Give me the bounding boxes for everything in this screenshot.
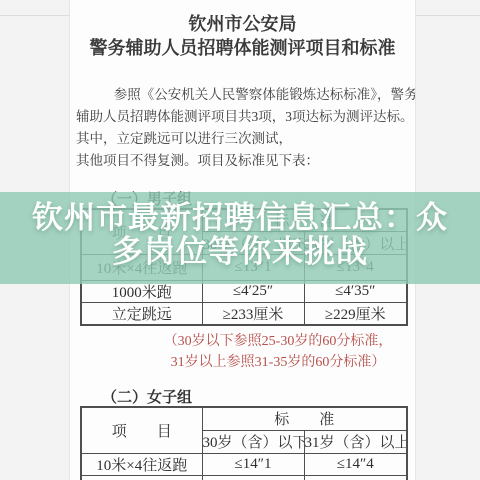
table-row-partial — [81, 475, 407, 480]
table-cell: ≤14″4 — [304, 453, 407, 475]
table-cell-partial — [304, 475, 407, 480]
womens-standards-table: 项 目 标 准 30岁（含）以下 31岁（含）以上 10米×4往返跑 ≤14″1… — [80, 406, 408, 480]
paragraph-line: 参照《公安机关人民警察体能锻炼达标标准》，警务 — [76, 84, 411, 106]
table-row: 项 目 标 准 — [81, 407, 407, 430]
table-header-cell: 31岁（含）以上 — [304, 430, 407, 453]
table-cell: ≥233厘米 — [202, 303, 304, 326]
promo-banner[interactable]: 钦州市最新招聘信息汇总：众 多岗位等你来挑战 — [0, 192, 480, 284]
table-cell-partial — [202, 475, 304, 480]
age-standard-note-line2: 31岁以上参照31-35岁的60分标准） — [142, 352, 414, 373]
table-cell: 立定跳远 — [81, 303, 202, 326]
article-screenshot: 钦州市公安局 警务辅助人员招聘体能测评项目和标准 参照《公安机关人民警察体能锻炼… — [0, 0, 480, 480]
table-cell-partial — [81, 475, 202, 480]
table-cell: ≥229厘米 — [304, 303, 407, 326]
table-header-cell: 标 准 — [202, 407, 407, 430]
womens-group-label: （二）女子组 — [102, 390, 192, 406]
age-standard-note: （30岁以下参照25-30岁的60分标准， 31岁以上参照31-35岁的60分标… — [142, 331, 414, 373]
table-cell: ≤14″1 — [202, 453, 304, 475]
document-title-line2: 警务辅助人员招聘体能测评项目和标准 — [70, 36, 415, 60]
age-standard-note-line1: （30岁以下参照25-30岁的60分标准， — [142, 331, 414, 352]
promo-banner-text-line2: 多岗位等你来挑战 — [0, 235, 480, 269]
table-header-cell: 30岁（含）以下 — [202, 430, 304, 453]
promo-banner-text-line1: 钦州市最新招聘信息汇总：众 — [0, 201, 480, 235]
table-header-cell: 项 目 — [81, 407, 202, 453]
table-row: 立定跳远 ≥233厘米 ≥229厘米 — [81, 303, 407, 326]
paragraph-line: 其他项目不得复测。项目及标准见下表： — [76, 150, 411, 172]
paragraph-line: 辅助人员招聘体能测评项目共3项，3项达标为测评达标。 — [76, 106, 411, 128]
paragraph-line: 其中，立定跳远可以进行三次测试， — [76, 128, 411, 150]
table-cell: 10米×4往返跑 — [81, 453, 202, 475]
document-title-line1: 钦州市公安局 — [70, 12, 415, 36]
intro-paragraph: 参照《公安机关人民警察体能锻炼达标标准》，警务 辅助人员招聘体能测评项目共3项，… — [76, 84, 411, 172]
table-row: 10米×4往返跑 ≤14″1 ≤14″4 — [81, 453, 407, 475]
